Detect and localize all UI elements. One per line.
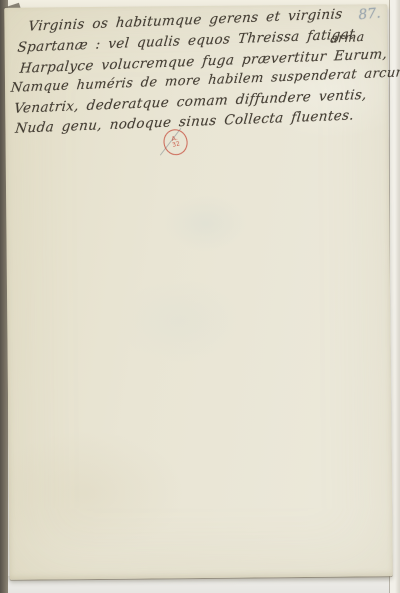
manuscript-page: 87. Virginis os habitumque gerens et vir…: [4, 4, 392, 580]
photographed-manuscript: 87. Virginis os habitumque gerens et vir…: [0, 0, 400, 593]
stamp-text-bottom: 32: [172, 141, 181, 149]
folio-number: 87.: [358, 5, 381, 23]
library-stamp: A. 32: [161, 127, 191, 158]
